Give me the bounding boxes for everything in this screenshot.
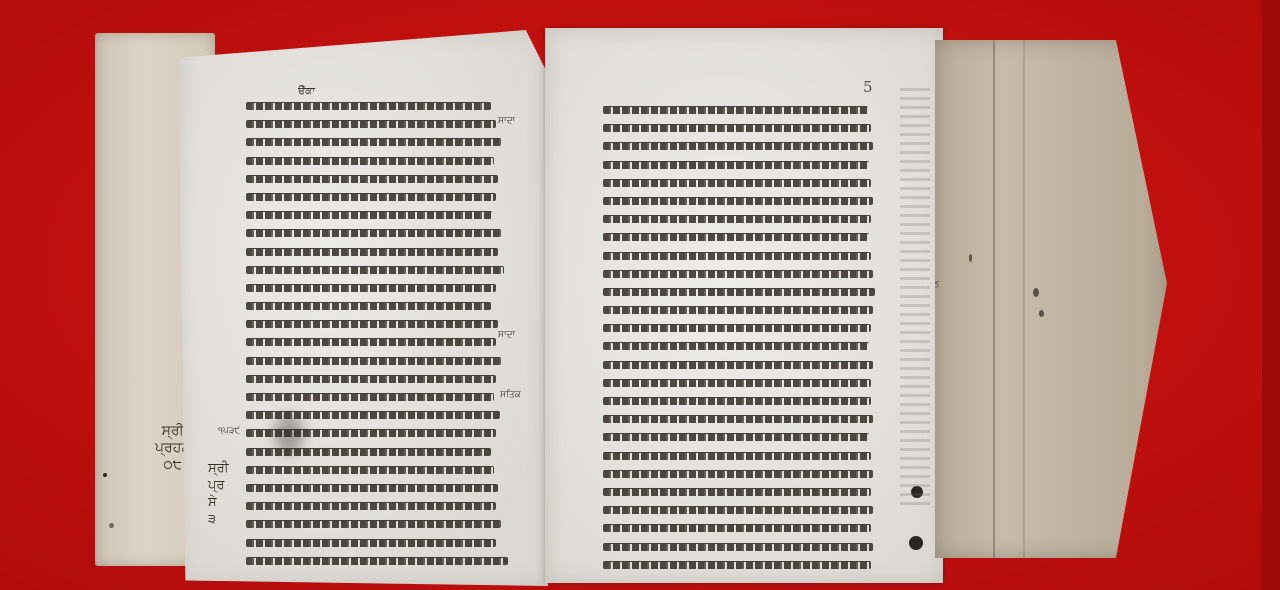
vertical-margin-note: ਸ੍ਰੀ ਪ੍ਰ ਸੇ ੩	[208, 460, 229, 528]
left-manuscript-page: ੳੱਕਾ ਸਾਦਾ ਸਾਦਾ ਸਤਿਕ ੧ਪ੩੯ ਸ੍ਰੀ ਪ੍ਰ ਸੇ ੩	[178, 30, 548, 586]
note-line: ਪ੍ਰ	[208, 477, 229, 494]
margin-note: ਸਾਦਾ	[498, 330, 515, 340]
note-line: ਸੇ	[208, 494, 229, 511]
page-number: 5	[863, 78, 873, 96]
margin-note: ੧ਪ੩੯	[218, 426, 240, 436]
right-manuscript-page: 5	[545, 28, 943, 583]
note-line: ੩	[208, 511, 229, 528]
left-page-text	[246, 102, 506, 575]
margin-note: ਸਾਦਾ	[498, 116, 515, 126]
margin-note: ਸਤਿਕ	[500, 390, 521, 400]
header-note: ੳੱਕਾ	[298, 86, 315, 97]
right-page-text	[603, 106, 878, 579]
note-line: ਸ੍ਰੀ	[208, 460, 229, 477]
